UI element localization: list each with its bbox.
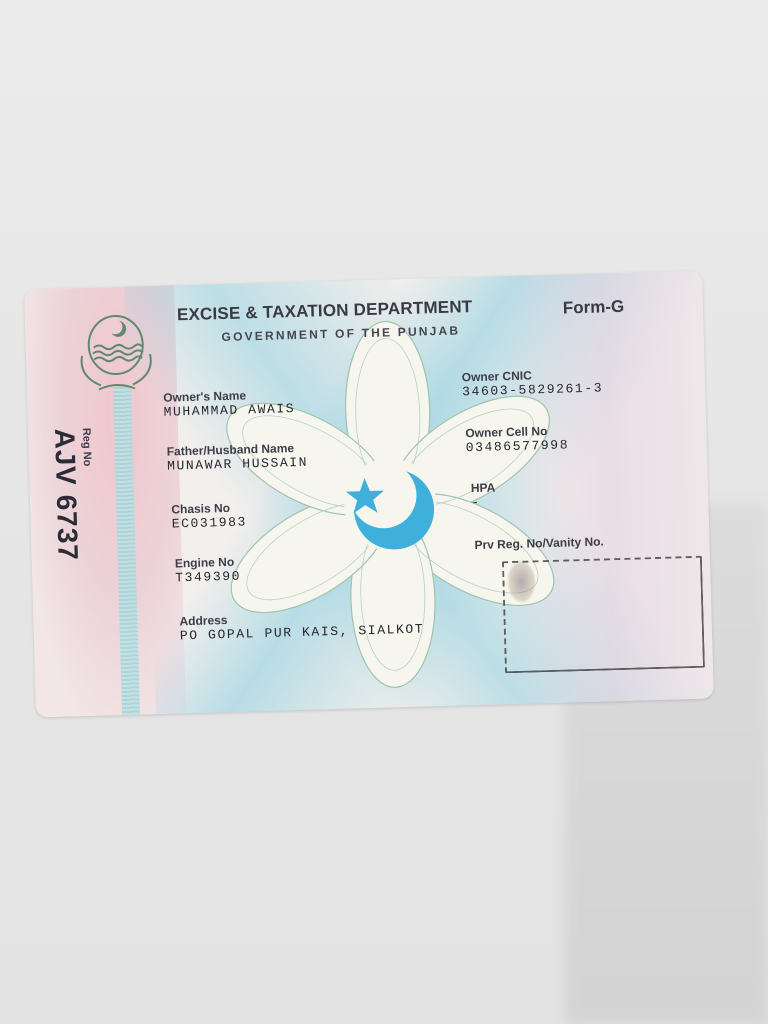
owner-name-field: Owner's Name MUHAMMAD AWAIS	[163, 388, 295, 420]
owner-cnic-field: Owner CNIC 34603-5829261-3	[462, 367, 604, 399]
field-value: EC031983	[172, 514, 248, 531]
field-value: T349390	[175, 569, 241, 586]
vehicle-registration-card: Reg No AJV 6737 EXCISE & TAXATION DEPART…	[24, 271, 714, 718]
father-name-field: Father/Husband Name MUNAWAR HUSSAIN	[167, 442, 309, 474]
vanity-number-box	[502, 556, 705, 674]
field-label: HPA	[471, 481, 496, 495]
reg-no-label: Reg No	[80, 428, 93, 467]
chassis-no-field: Chasis No EC031983	[171, 501, 247, 531]
hpa-field: HPA -	[471, 481, 496, 510]
field-value: -	[471, 494, 496, 510]
registration-block: Reg No AJV 6737	[42, 427, 117, 599]
owner-cell-field: Owner Cell No 03486577998	[465, 424, 569, 455]
reg-no-value: AJV 6737	[48, 428, 84, 561]
form-label: Form-G	[563, 297, 625, 319]
engine-no-field: Engine No T349390	[175, 556, 242, 586]
field-value: 03486577998	[466, 437, 570, 455]
punjab-emblem-icon	[67, 308, 165, 397]
